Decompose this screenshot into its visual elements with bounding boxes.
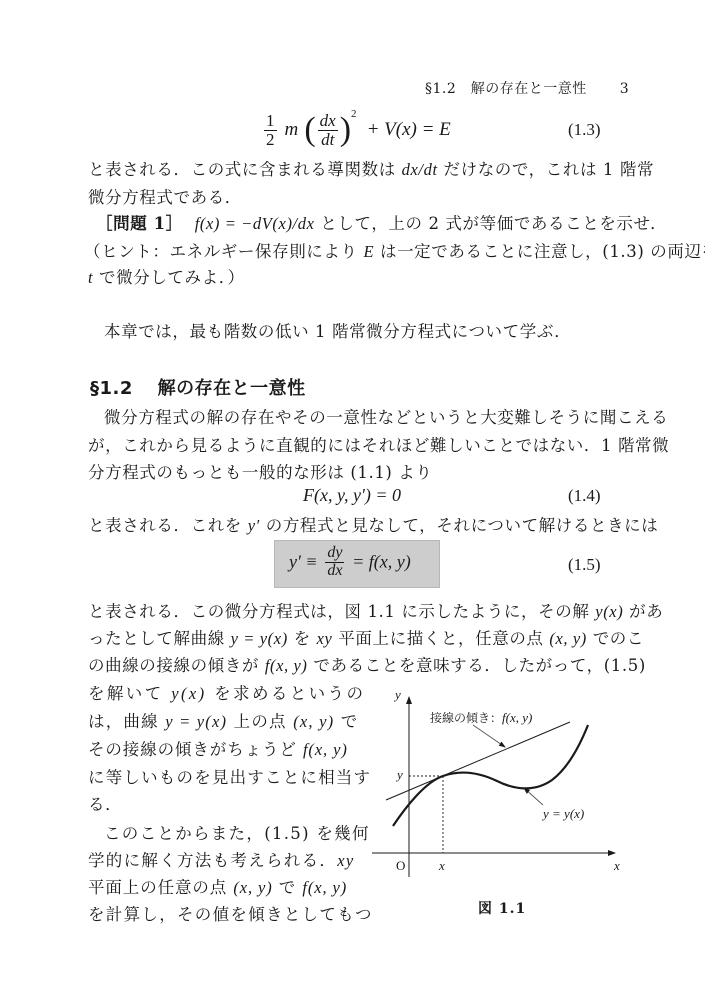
point-x-label: x [439, 858, 445, 874]
figure-1-1 [0, 0, 705, 1000]
origin-label: O [396, 858, 405, 874]
tangent-line [386, 722, 570, 800]
figure-caption: 図 1.1 [478, 898, 526, 918]
y-axis-label: y [395, 687, 401, 703]
point-y-label: y [397, 767, 403, 783]
x-axis-label: x [614, 858, 620, 874]
curve-label: y = y(x) [543, 806, 584, 822]
tangent-label: 接線の傾き：f(x, y) [430, 709, 532, 726]
tangent-leader-arrow [473, 725, 505, 747]
curve-leader-arrow [524, 788, 543, 805]
